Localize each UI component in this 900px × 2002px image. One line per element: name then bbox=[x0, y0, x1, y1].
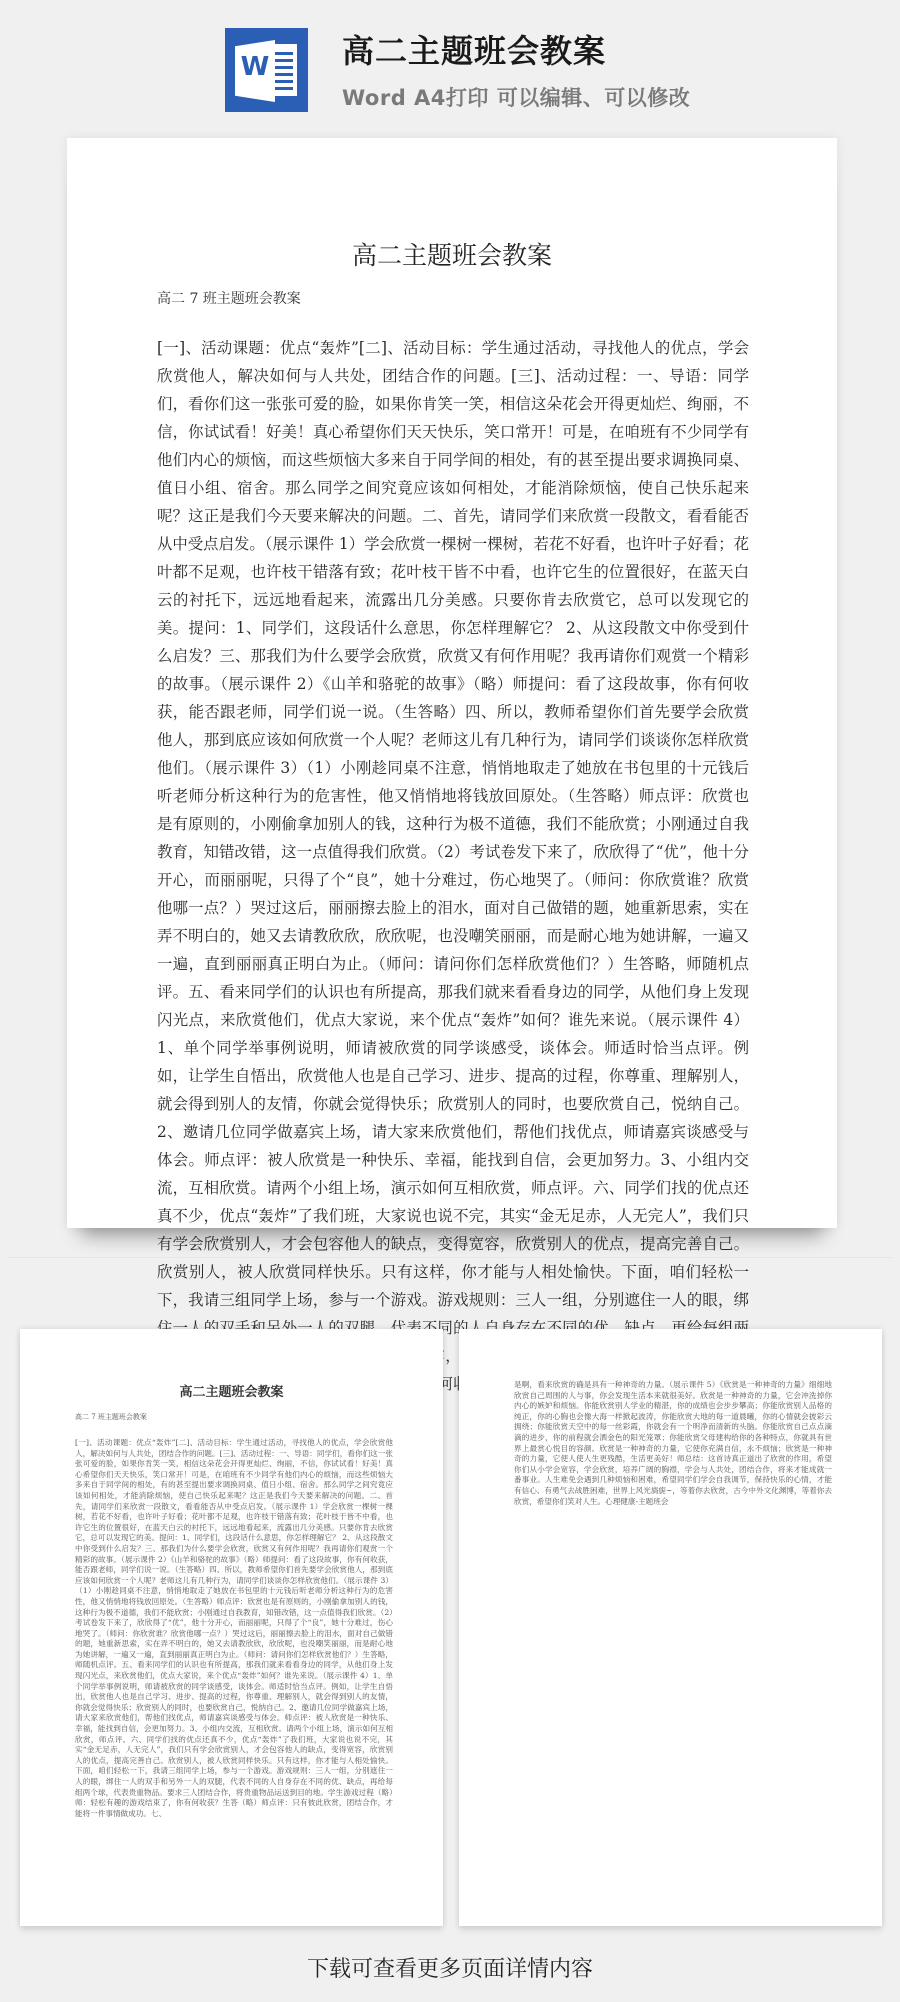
thumbnail-body: 是啊，看来欣赏的确是具有一种神奇的力量。（展示课件 5）《欣赏是一种神奇的力量》… bbox=[514, 1380, 832, 1507]
section-divider bbox=[8, 1257, 892, 1258]
thumbnail-title: 高二主题班会教案 bbox=[20, 1381, 443, 1400]
document-title: 高二主题班会教案 bbox=[67, 236, 837, 272]
page-thumbnail-1[interactable]: 高二主题班会教案 高二 7 班主题班会教案 [一]、活动课题：优点“轰炸”[二]… bbox=[20, 1329, 443, 1926]
word-letter: W bbox=[238, 52, 272, 82]
thumbnail-subtitle: 高二 7 班主题班会教案 bbox=[75, 1412, 147, 1422]
page-thumbnail-2[interactable]: 是啊，看来欣赏的确是具有一种神奇的力量。（展示课件 5）《欣赏是一种神奇的力量》… bbox=[459, 1329, 882, 1926]
thumbnail-body: [一]、活动课题：优点“轰炸”[二]、活动目标：学生通过活动，寻找他人的优点，学… bbox=[75, 1438, 393, 1819]
header: W 高二主题班会教案 Word A4打印 可以编辑、可以修改 bbox=[0, 0, 900, 125]
document-subtitle: 高二 7 班主题班会教案 bbox=[157, 288, 301, 308]
document-preview-page: 高二主题班会教案 高二 7 班主题班会教案 [一]、活动课题：优点“轰炸”[二]… bbox=[67, 138, 837, 1228]
page-title: 高二主题班会教案 bbox=[342, 26, 606, 72]
page-subtitle: Word A4打印 可以编辑、可以修改 bbox=[342, 82, 690, 112]
document-body: [一]、活动课题：优点“轰炸”[二]、活动目标：学生通过活动，寻找他人的优点，学… bbox=[157, 334, 749, 1426]
download-more-prompt: 下载可查看更多页面详情内容 bbox=[0, 1952, 900, 1983]
word-document-icon: W bbox=[225, 28, 308, 112]
